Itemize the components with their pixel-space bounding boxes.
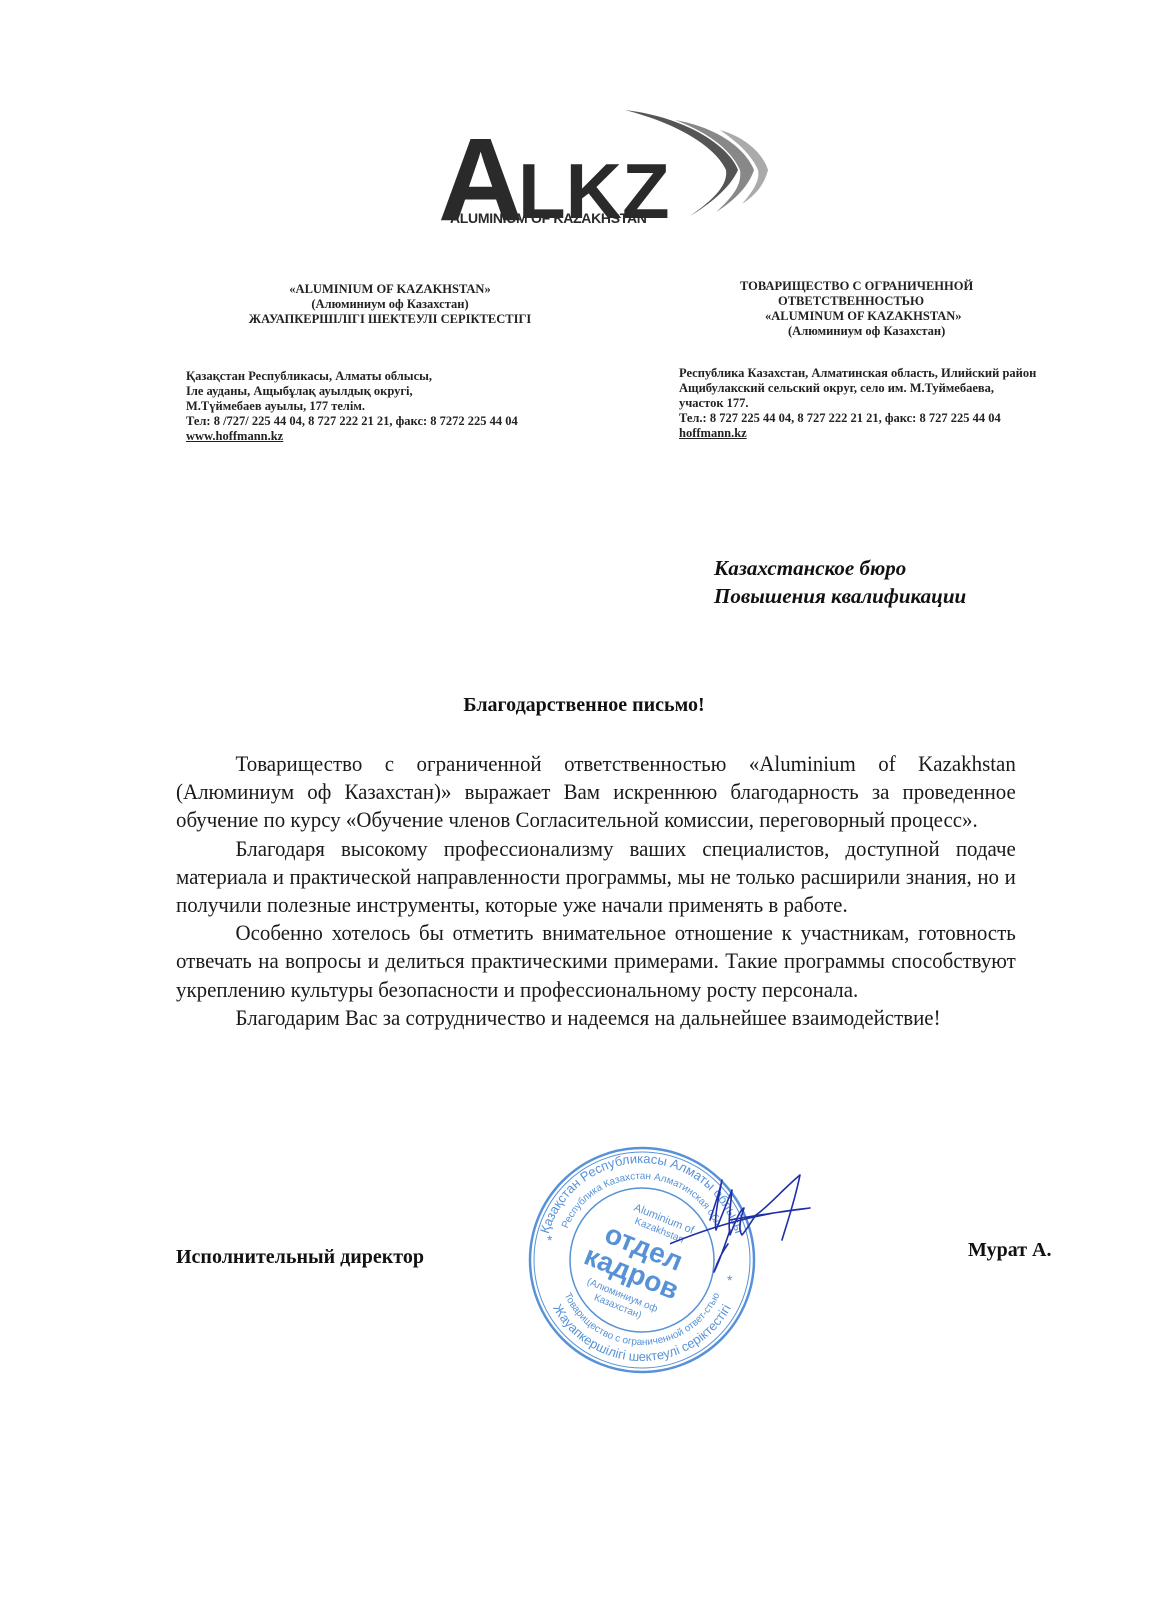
logo-subtitle: ALUMINIUM OF KAZAKHSTAN — [450, 210, 647, 226]
handwritten-signature-icon — [670, 1160, 830, 1280]
address-line: Ащибулакский сельский округ, село им. М.… — [679, 381, 1149, 396]
letter-paragraph: Товарищество с ограниченной ответственно… — [176, 750, 1016, 835]
signatory-role: Исполнительный директор — [176, 1246, 424, 1269]
recipient-block: Казахстанское бюро Повышения квалификаци… — [714, 554, 966, 610]
address-line: Тел: 8 /727/ 225 44 04, 8 727 222 21 21,… — [186, 414, 626, 429]
signatory-name: Мурат А. — [968, 1239, 1052, 1262]
letter-paragraph: Благодаря высокому профессионализму ваши… — [176, 835, 1016, 920]
header-left-title: «ALUMINIUM OF KAZAKHSTAN» (Алюминиум оф … — [170, 282, 610, 327]
recipient-line: Казахстанское бюро — [714, 554, 966, 582]
address-line: Қазақстан Республикасы, Алматы облысы, — [186, 369, 626, 384]
website-link-left[interactable]: www.hoffmann.kz — [186, 429, 283, 443]
address-line: М.Түймебаев ауылы, 177 телім. — [186, 399, 626, 414]
header-right-address: Республика Казахстан, Алматинская област… — [679, 366, 1149, 441]
logo-mark-a: A — [438, 112, 523, 248]
header-right-title-line: «ALUMINUM OF KAZAKHSTAN» — [740, 309, 1040, 324]
header-right-title-line: ОТВЕТСТВЕННОСТЬЮ — [740, 294, 1040, 309]
header-left-title-line: «ALUMINIUM OF KAZAKHSTAN» — [170, 282, 610, 297]
address-line: Іле ауданы, Ащыбұлақ ауылдық округі, — [186, 384, 626, 399]
letter-title: Благодарственное письмо! — [0, 694, 1168, 717]
header-left-title-line: ЖАУАПКЕРШІЛІГІ ШЕКТЕУЛІ СЕРІКТЕСТІГІ — [170, 312, 610, 327]
svg-text:*: * — [547, 1232, 553, 1248]
address-line: Республика Казахстан, Алматинская област… — [679, 366, 1149, 381]
header-right-title-line: (Алюминиум оф Казахстан) — [740, 324, 1040, 339]
address-line: участок 177. — [679, 396, 1149, 411]
header-right-title: ТОВАРИЩЕСТВО С ОГРАНИЧЕННОЙ ОТВЕТСТВЕННО… — [740, 279, 1040, 339]
header-left-title-line: (Алюминиум оф Казахстан) — [170, 297, 610, 312]
letter-paragraph: Особенно хотелось бы отметить внимательн… — [176, 919, 1016, 1004]
letter-paragraph: Благодарим Вас за сотрудничество и надее… — [176, 1004, 1016, 1032]
letter-body: Товарищество с ограниченной ответственно… — [176, 750, 1016, 1032]
company-logo: A LKZ ALUMINIUM OF KAZAKHSTAN — [430, 108, 760, 233]
recipient-line: Повышения квалификации — [714, 582, 966, 610]
header-right-title-line: ТОВАРИЩЕСТВО С ОГРАНИЧЕННОЙ — [740, 279, 1040, 294]
address-line: Тел.: 8 727 225 44 04, 8 727 222 21 21, … — [679, 411, 1149, 426]
header-left-address: Қазақстан Республикасы, Алматы облысы, І… — [186, 369, 626, 444]
website-link-right[interactable]: hoffmann.kz — [679, 426, 747, 440]
